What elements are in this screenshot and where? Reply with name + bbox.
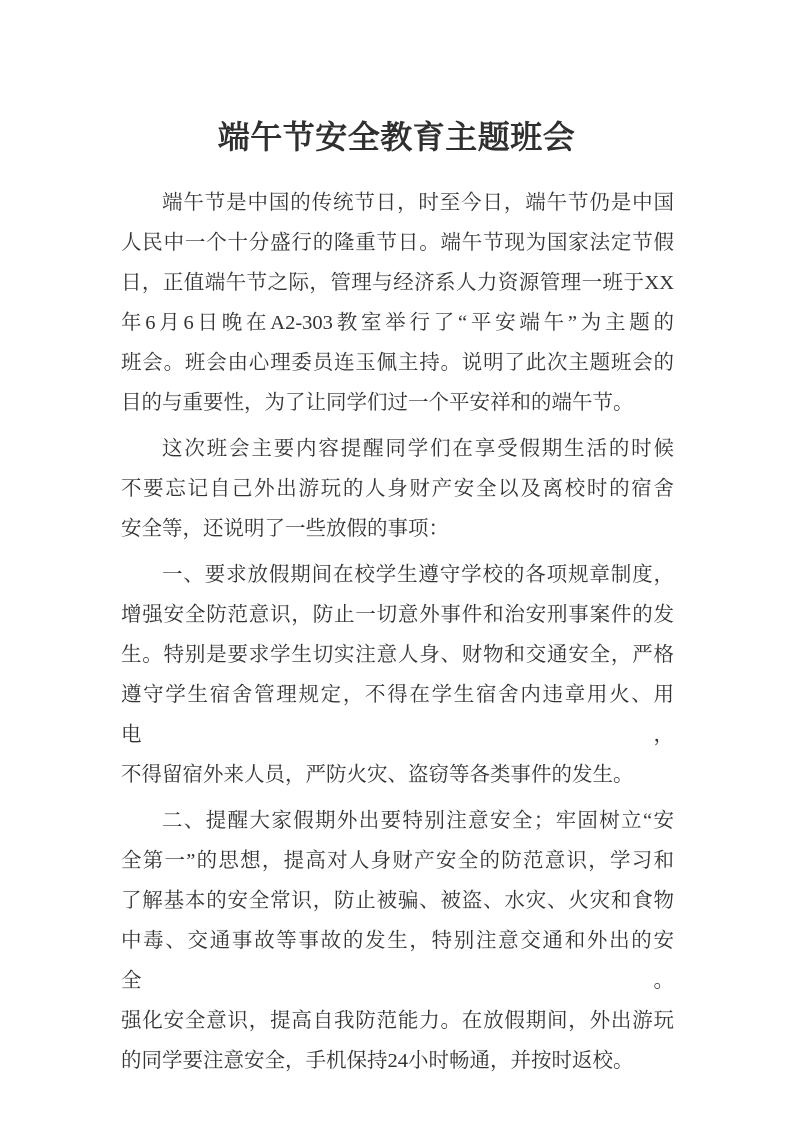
paragraph: 端午节是中国的传统节日，时至今日，端午节仍是中国人民中一个十分盛行的隆重节日。端…	[121, 183, 674, 423]
body-line: 的同学要注意安全，手机保持24小时畅通，并按时返校。	[121, 1041, 674, 1081]
paragraph: 这次班会主要内容提醒同学们在享受假期生活的时候不要忘记自己外出游玩的人身财产安全…	[121, 429, 674, 549]
body-line: 增强安全防范意识，防止一切意外事件和治安刑事案件的发	[121, 595, 674, 635]
body-line: 端午节是中国的传统节日，时至今日，端午节仍是中国	[121, 183, 674, 223]
body-line: 了解基本的安全常识，防止被骗、被盗、水灾、火灾和食物	[121, 881, 674, 921]
paragraph: 一、要求放假期间在校学生遵守学校的各项规章制度，增强安全防范意识，防止一切意外事…	[121, 555, 674, 795]
document-page: 端午节安全教育主题班会 端午节是中国的传统节日，时至今日，端午节仍是中国人民中一…	[0, 0, 793, 1122]
body-line: 全第一”的思想，提高对人身财产安全的防范意识，学习和	[121, 841, 674, 881]
body-line: 不要忘记自己外出游玩的人身财产安全以及离校时的宿舍	[121, 469, 674, 509]
body-line: 日，正值端午节之际，管理与经济系人力资源管理一班于XX	[121, 263, 674, 303]
body-line: 二、提醒大家假期外出要特别注意安全；牢固树立“安	[121, 801, 674, 841]
body-line: 中毒、交通事故等事故的发生，特别注意交通和外出的安全。	[121, 921, 674, 1001]
body-line: 人民中一个十分盛行的隆重节日。端午节现为国家法定节假	[121, 223, 674, 263]
document-body: 端午节是中国的传统节日，时至今日，端午节仍是中国人民中一个十分盛行的隆重节日。端…	[121, 183, 674, 1081]
body-line: 一、要求放假期间在校学生遵守学校的各项规章制度，	[121, 555, 674, 595]
body-line: 遵守学生宿舍管理规定，不得在学生宿舍内违章用火、用电，	[121, 675, 674, 755]
body-line: 强化安全意识，提高自我防范能力。在放假期间，外出游玩	[121, 1001, 674, 1041]
body-line: 这次班会主要内容提醒同学们在享受假期生活的时候	[121, 429, 674, 469]
body-line: 年6月6日晚在A2-303教室举行了“平安端午”为主题的	[121, 303, 674, 343]
body-line: 生。特别是要求学生切实注意人身、财物和交通安全，严格	[121, 635, 674, 675]
body-line: 目的与重要性，为了让同学们过一个平安祥和的端午节。	[121, 383, 674, 423]
body-line: 安全等，还说明了一些放假的事项：	[121, 509, 674, 549]
body-line: 不得留宿外来人员，严防火灾、盗窃等各类事件的发生。	[121, 755, 674, 795]
page-title: 端午节安全教育主题班会	[0, 114, 793, 160]
paragraph: 二、提醒大家假期外出要特别注意安全；牢固树立“安全第一”的思想，提高对人身财产安…	[121, 801, 674, 1081]
body-line: 班会。班会由心理委员连玉佩主持。说明了此次主题班会的	[121, 343, 674, 383]
